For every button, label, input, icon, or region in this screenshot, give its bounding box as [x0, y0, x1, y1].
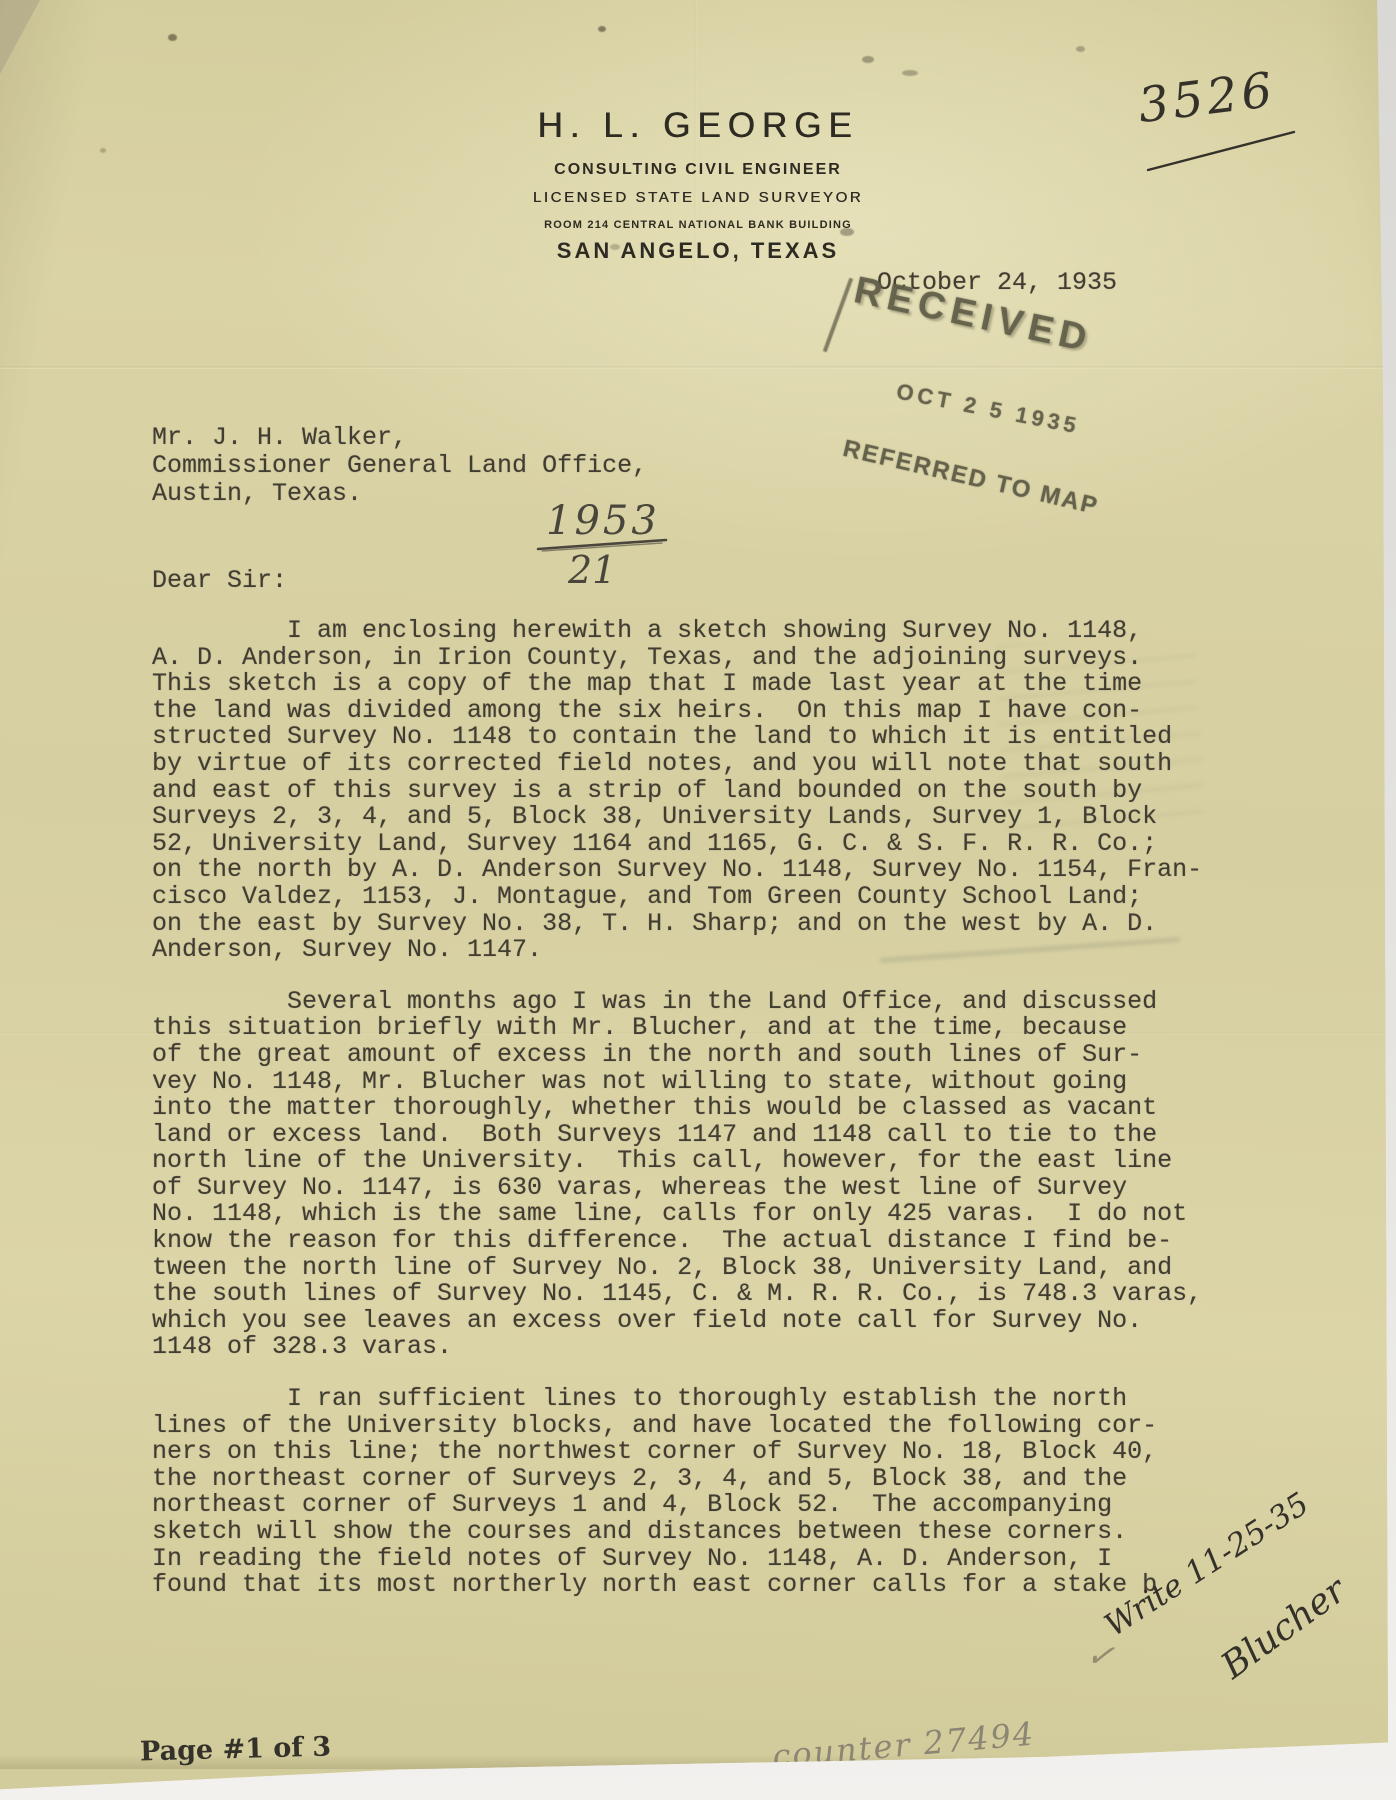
checkmark-annotation: ✓	[1083, 1634, 1117, 1678]
paper-speck	[168, 34, 177, 41]
file-number-annotation: 3526	[1135, 62, 1279, 134]
page-number-annotation: Page #1 of 3	[140, 1732, 332, 1768]
paper-speck	[1076, 46, 1085, 52]
stamp-slash-mark	[823, 278, 853, 353]
letter-body: I am enclosing herewith a sketch showing…	[152, 618, 1272, 1624]
paper-crease	[0, 366, 1396, 369]
counter-number-annotation: counter 27494	[771, 1715, 1037, 1776]
file-number-underline	[1146, 128, 1298, 172]
recipient-address: Mr. J. H. Walker, Commissioner General L…	[152, 424, 647, 508]
file-fraction-denominator: 21	[568, 548, 616, 592]
letterhead-city: SAN ANGELO, TEXAS	[348, 238, 1048, 264]
referred-to-map-stamp: REFERRED TO MAP	[840, 435, 1101, 521]
paper-speck	[100, 148, 106, 153]
received-date-stamp: OCT 2 5 1935	[894, 378, 1082, 439]
letterhead-profession: CONSULTING CIVIL ENGINEER	[348, 161, 1048, 179]
salutation: Dear Sir:	[152, 566, 287, 595]
paper-corner-tear	[0, 0, 44, 80]
paper-speck	[598, 26, 606, 32]
paper-speck	[902, 70, 918, 76]
letterhead-name: H. L. GEORGE	[348, 106, 1048, 146]
paper-speck	[862, 56, 874, 63]
letterhead-license: LICENSED STATE LAND SURVEYOR	[348, 189, 1048, 206]
scanner-background: H. L. GEORGE CONSULTING CIVIL ENGINEER L…	[0, 0, 1396, 1800]
paragraph-3: I ran sufficient lines to thoroughly est…	[152, 1386, 1272, 1599]
letter-page: H. L. GEORGE CONSULTING CIVIL ENGINEER L…	[0, 0, 1396, 1800]
paragraph-1: I am enclosing herewith a sketch showing…	[152, 618, 1272, 964]
letterhead-office-address: ROOM 214 CENTRAL NATIONAL BANK BUILDING	[348, 219, 1048, 231]
paragraph-2: Several months ago I was in the Land Off…	[152, 989, 1272, 1361]
